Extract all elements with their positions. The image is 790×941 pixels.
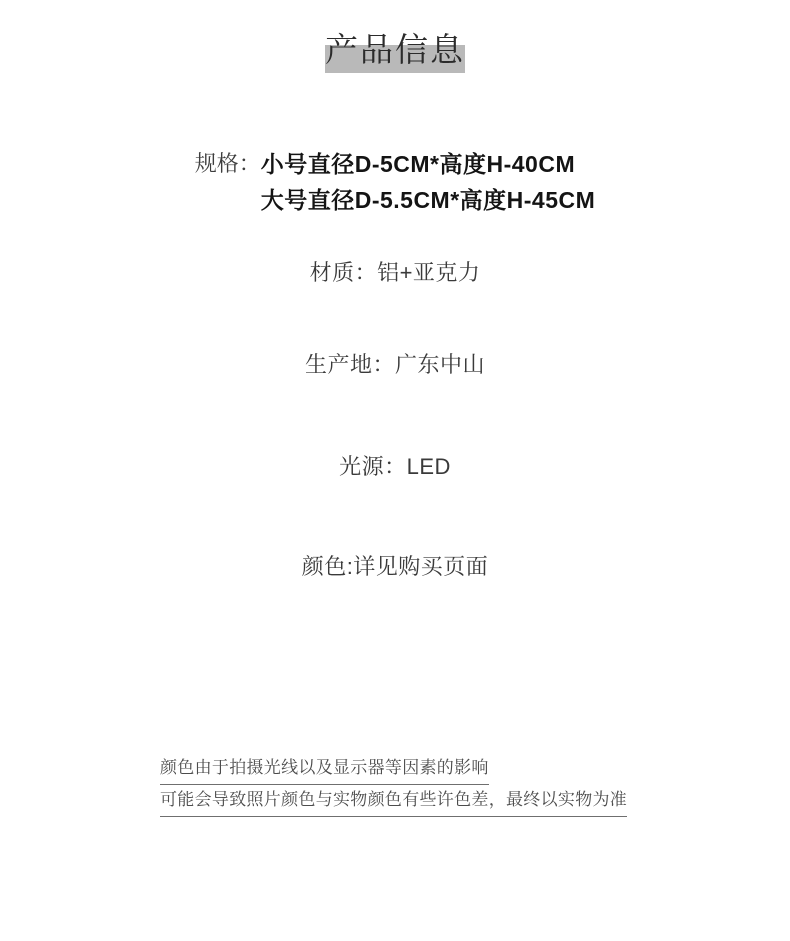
product-info-page: 产品信息 规格： 小号直径D-5CM*高度H-40CM 大号直径D-5.5CM*…: [0, 0, 790, 941]
field-origin: 生产地：广东中山: [0, 348, 790, 379]
disclaimer-line-2: 可能会导致照片颜色与实物颜色有些许色差，最终以实物为准: [160, 789, 627, 817]
field-color: 颜色:详见购买页面: [0, 550, 790, 581]
spec-label: 规格：: [195, 146, 261, 182]
title-section: 产品信息: [0, 30, 790, 76]
color-disclaimer: 颜色由于拍摄光线以及显示器等因素的影响 可能会导致照片颜色与实物颜色有些许色差，…: [160, 757, 627, 817]
page-title: 产品信息: [325, 30, 465, 70]
spec-size-small: 小号直径D-5CM*高度H-40CM: [261, 146, 575, 182]
spec-size-large: 大号直径D-5.5CM*高度H-45CM: [261, 182, 596, 218]
field-light-source: 光源：LED: [0, 450, 790, 481]
disclaimer-line-1: 颜色由于拍摄光线以及显示器等因素的影响: [160, 757, 489, 785]
spec-row: 规格： 小号直径D-5CM*高度H-40CM 大号直径D-5.5CM*高度H-4…: [0, 146, 790, 218]
field-material: 材质：铝+亚克力: [0, 256, 790, 287]
spec-values: 小号直径D-5CM*高度H-40CM 大号直径D-5.5CM*高度H-45CM: [261, 146, 596, 218]
